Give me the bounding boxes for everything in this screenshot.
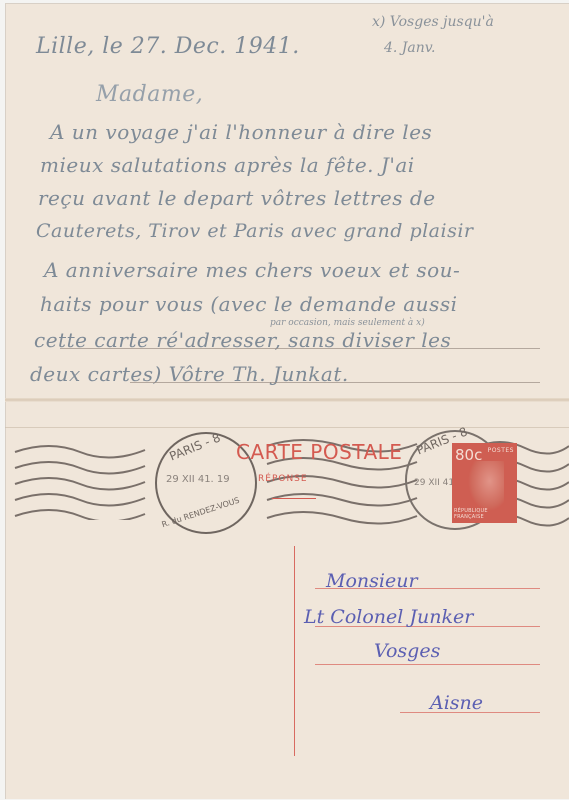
letter-line-4: Cauterets, Tirov et Paris avec grand pla… [36,220,474,242]
letter-line-5: A anniversaire mes chers voeux et sou- [44,258,460,282]
address-line-1: Monsieur [326,570,418,592]
letter-line-1: A un voyage j'ai l'honneur à dire les [50,120,432,144]
letter-line-2: mieux salutations après la fête. J'ai [40,153,415,177]
address-rule-3 [315,664,540,665]
margin-note-line-1: x) Vosges jusqu'à [372,14,494,30]
address-line-3: Vosges [374,640,440,662]
cancellation-waves-left [10,440,150,520]
postage-stamp: 80c POSTES RÉPUBLIQUE FRANÇAISE [452,443,517,523]
card-fold [5,398,569,402]
title-divider [272,498,316,499]
card-title: CARTE POSTALE [236,440,402,464]
margin-note-line-2: 4. Janv. [384,40,435,56]
address-divider-line [294,546,295,756]
stamp-value: 80c [455,446,482,464]
stamp-label: POSTES [488,447,514,454]
postmark-left-date: 29 XII 41. 19 [166,474,230,485]
address-line-2: Lt Colonel Junker [304,606,473,628]
stamp-country: RÉPUBLIQUE FRANÇAISE [454,508,517,520]
interlinear-note: par occasion, mais seulement à x) [270,318,425,328]
printed-rule [60,348,540,349]
salutation: Madame, [96,82,203,107]
address-line-4: Aisne [430,692,483,714]
date-line: Lille, le 27. Dec. 1941. [36,34,300,59]
printed-rule [130,382,540,383]
card-subtitle: RÉPONSE [258,474,308,484]
letter-line-6: haits pour vous (avec le demande aussi [40,292,458,316]
iris-figure-icon [468,461,504,511]
letter-line-3: reçu avant le depart vôtres lettres de [38,186,436,210]
